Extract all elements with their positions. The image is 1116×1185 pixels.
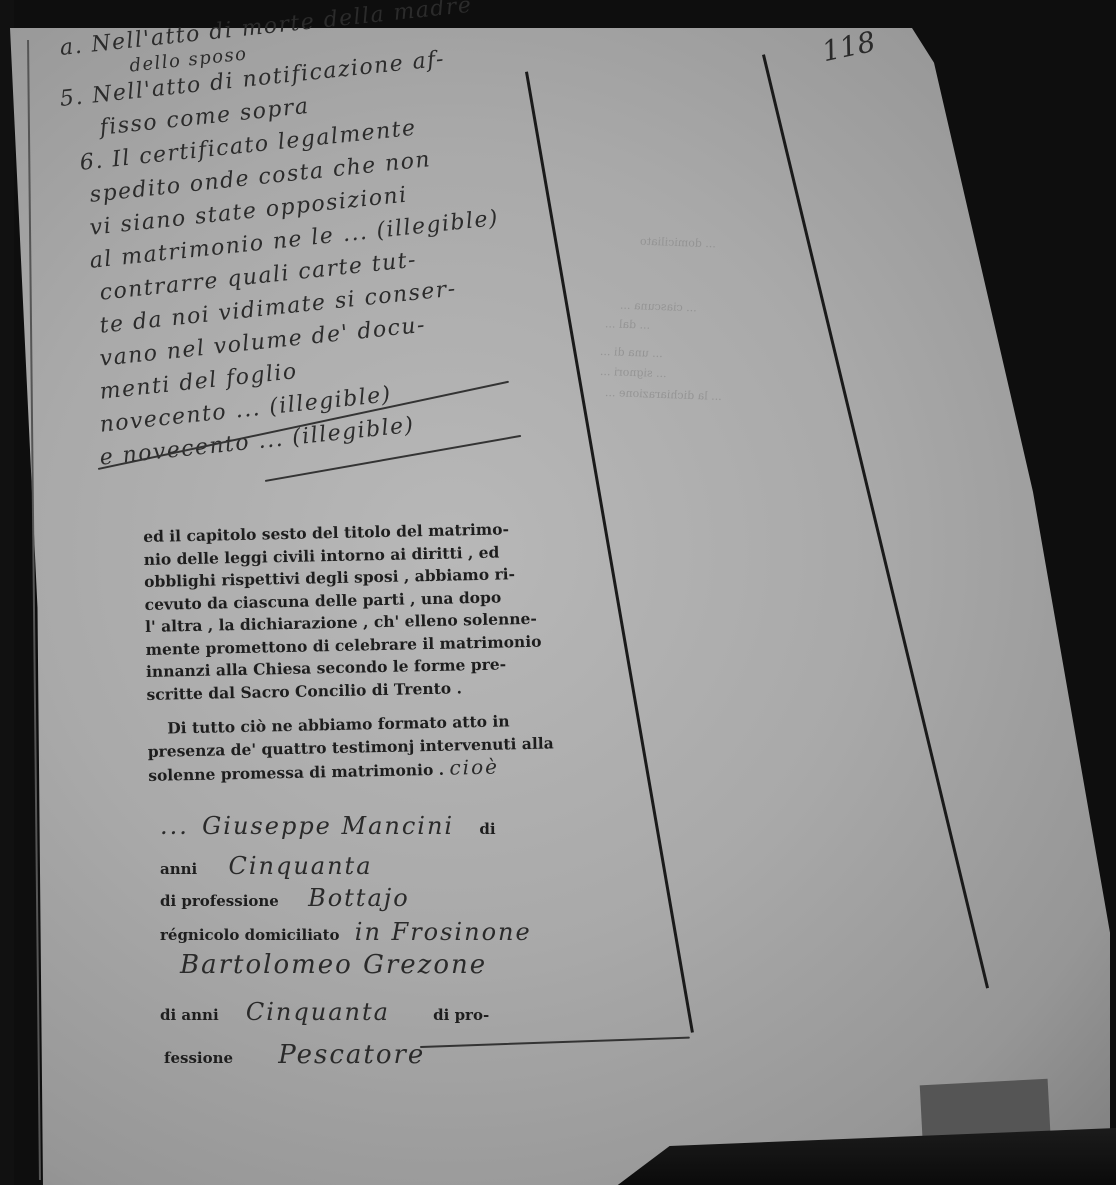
witness-2-age-row: di anni Cinquanta di pro-	[160, 998, 489, 1026]
printed-line: solenne promessa di matrimonio .	[148, 760, 444, 785]
handwritten-cioe: cioè	[449, 755, 499, 780]
witness-2-profession-row: fessione Pescatore	[164, 1040, 425, 1070]
bleed-through-text: ... signori ...	[600, 365, 667, 380]
witness-1-prefix: ...	[160, 812, 189, 840]
label-di-pro: di pro-	[433, 1006, 489, 1024]
bleed-through-text: ... dal ...	[605, 317, 651, 332]
handwritten-notes: a. Nell'atto di morte della madre dello …	[60, 32, 580, 479]
label-fessione: fessione	[164, 1049, 233, 1067]
witness-1-profession: Bottajo	[308, 884, 410, 912]
printed-line: innanzi alla Chiesa secondo le forme pre…	[146, 654, 506, 681]
printed-paragraph-1: ed il capitolo sesto del titolo del matr…	[143, 516, 637, 706]
witness-1-age-row: anni Cinquanta	[160, 852, 373, 880]
witness-1-age: Cinquanta	[228, 852, 372, 880]
witness-2-age: Cinquanta	[246, 998, 390, 1026]
bleed-through-text: ... domiciliato	[640, 235, 716, 251]
printed-paragraph-2: Di tutto ciò ne abbiamo formato atto in …	[147, 708, 638, 788]
witness-1-profession-row: di professione Bottajo	[160, 884, 410, 912]
bleed-through-text: ... ciascuna ...	[620, 299, 697, 315]
witness-1-name: Giuseppe Mancini	[202, 812, 454, 840]
label-di-anni: di anni	[160, 1006, 219, 1024]
witness-1-residence-row: régnicolo domiciliato in Frosinone	[160, 918, 532, 946]
label-di: di	[479, 820, 495, 838]
printed-body: ed il capitolo sesto del titolo del matr…	[143, 516, 638, 788]
witness-2-name-row: Bartolomeo Grezone	[180, 950, 487, 980]
printed-line: scritte dal Sacro Concilio di Trento .	[146, 678, 462, 704]
label-anni: anni	[160, 860, 197, 878]
bleed-through-text: ... una di ...	[600, 345, 663, 360]
witness-1-name-row: ... Giuseppe Mancini di	[160, 812, 496, 840]
witness-2-name: Bartolomeo Grezone	[180, 950, 487, 980]
printed-line: nio delle leggi civili intorno ai diritt…	[143, 542, 499, 568]
witness-2-profession: Pescatore	[278, 1040, 425, 1070]
printed-line: cevuto da ciascuna delle parti , una dop…	[144, 587, 501, 613]
printed-line: Di tutto ciò ne abbiamo formato atto in	[167, 711, 510, 737]
witness-1-residence: in Frosinone	[355, 918, 532, 946]
scan-left-shadow	[0, 0, 14, 1185]
label-professione: di professione	[160, 892, 279, 910]
label-domiciliato: régnicolo domiciliato	[160, 926, 340, 944]
